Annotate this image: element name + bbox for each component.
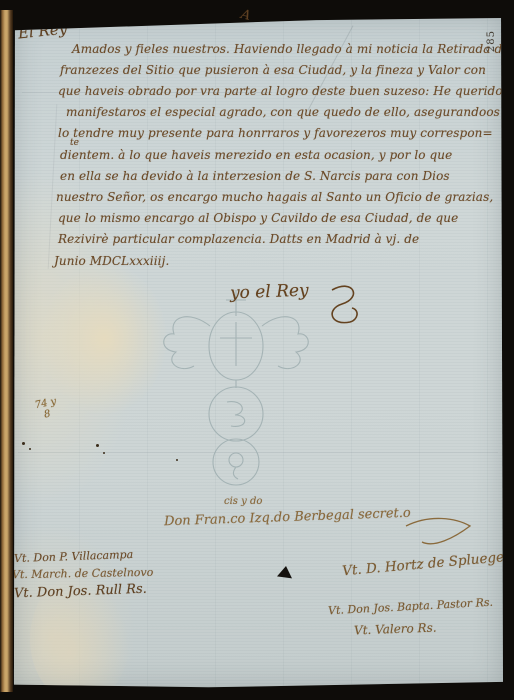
book-gutter-edge xyxy=(0,10,13,692)
body-line-10: Rezivirè particular complazencia. Datts … xyxy=(58,232,419,246)
margin-note: 74 y 8 xyxy=(34,396,60,422)
ink-speck xyxy=(96,444,99,447)
secretary-superscript: cis y do xyxy=(224,496,262,507)
body-line-6: dientem. à lo que haveis merezido en est… xyxy=(60,148,452,162)
body-line-11: Junio MDCLxxxiiij. xyxy=(54,254,169,268)
approval-right-3: Vt. Valero Rs. xyxy=(354,621,437,638)
scanned-letter: El Rey Amados y fieles nuestros. Haviend… xyxy=(0,0,514,700)
body-line-1: Amados y fieles nuestros. Haviendo llega… xyxy=(72,42,509,56)
secretary-signature: Don Fran.co Izq.do Berbegal secret.o xyxy=(164,506,411,530)
letter-heading: El Rey xyxy=(17,19,68,42)
body-line-4: manifestaros el especial agrado, con que… xyxy=(66,105,500,119)
body-line-2: franzezes del Sitio que pusieron à esa C… xyxy=(60,63,486,77)
body-line-8: nuestro Señor, os encargo mucho hagais a… xyxy=(56,190,493,204)
paper-page: El Rey Amados y fieles nuestros. Haviend… xyxy=(12,14,503,690)
body-line-7: en ella se ha devido à la interzesion de… xyxy=(60,169,450,183)
approval-right-1: Vt. D. Hortz de Splueges xyxy=(342,549,512,580)
royal-rubric-flourish xyxy=(324,280,366,334)
ink-speck xyxy=(103,452,105,454)
ink-speck xyxy=(22,442,25,445)
ink-speck xyxy=(176,459,178,461)
cross-shield-watermark xyxy=(132,276,342,486)
folio-number: 285 xyxy=(486,30,497,52)
approval-right-2: Vt. Don Jos. Bapta. Pastor Rs. xyxy=(328,596,494,618)
approval-left-1: Vt. Don P. Villacampa xyxy=(14,548,134,565)
body-line-6-superscript: te xyxy=(70,138,79,148)
approval-left-2: Vt. March. de Castelnovo xyxy=(12,566,154,581)
top-mark: A xyxy=(239,7,252,24)
ink-speck xyxy=(29,448,31,450)
body-line-9: que lo mismo encargo al Obispo y Cavildo… xyxy=(58,211,458,225)
body-line-5: lo tendre muy presente para honrraros y … xyxy=(58,126,493,140)
body-line-3: que haveis obrado por vra parte al logro… xyxy=(58,84,503,98)
paper-crease xyxy=(48,104,58,269)
royal-signature: yo el Rey xyxy=(230,281,309,304)
secretary-flourish xyxy=(404,512,474,552)
approval-left-3: Vt. Don Jos. Rull Rs. xyxy=(14,582,147,602)
